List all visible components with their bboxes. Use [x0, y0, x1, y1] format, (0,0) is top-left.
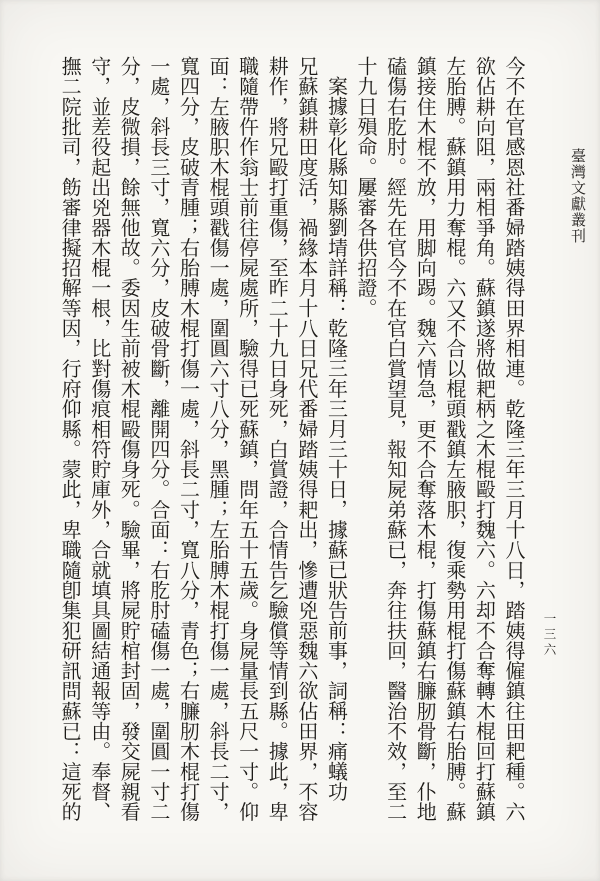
text-column: 一處，斜長三寸，寬六分，皮破骨斷，離開四分。合面：右肐肘磕傷一處，圍圓一寸二	[142, 56, 172, 826]
text-column: 兄蘇鎮耕田度活，禍緣本月十八日兄代番婦踏姨得耙出，慘遭兇惡魏六欲佔田界，不容	[290, 56, 320, 826]
text-column: 撫二院批司，飭審律擬招解等因，行府仰縣。蒙此，卑職隨卽集犯研訊問蘇已：這死的	[54, 56, 84, 826]
text-column: 磕傷右肐肘。經先在官今不在官白賞望見，報知屍弟蘇已，奔往扶回，醫治不效，至二	[379, 56, 409, 826]
text-column: 左胎膊。蘇鎮用力奪棍。六又不合以棍頭戳鎮左腋胑，復乘勢用棍打傷蘇鎮右胎膊。蘇	[438, 56, 468, 826]
text-column: 守，並差役起出兇器木棍一根，比對傷痕相符貯庫外，合就填具圖結通報等由。奉督、	[83, 56, 113, 826]
text-column: 欲佔耕向阻，兩相爭角。蘇鎮遂將做耙柄之木棍毆打魏六。六却不合奪轉木棍回打蘇鎮	[468, 56, 498, 826]
text-block: 今不在官感恩社番婦踏姨得田界相連。乾隆三年三月十八日，踏姨得僱鎮往田耙種。六 欲…	[54, 56, 528, 826]
page-number: 一三六	[540, 612, 558, 659]
scanned-document-page: 臺灣文獻叢刊 一三六 今不在官感恩社番婦踏姨得田界相連。乾隆三年三月十八日，踏姨…	[0, 0, 600, 881]
text-column: 案據彰化縣知縣劉埥詳稱：乾隆三年三月三十日，據蘇已狀告前事，詞稱：痛蟻功	[320, 56, 350, 826]
text-column: 分，皮微損，餘無他故。委因生前被木棍毆傷身死。驗畢，將屍貯棺封固，發交屍親看	[113, 56, 143, 826]
text-column: 耕作，將兄毆打重傷，至昨二十九日身死，白賞證，合情告乞驗償等情到縣。據此，卑	[261, 56, 291, 826]
text-column: 寬四分，皮破青腫；右胎膊木棍打傷一處，斜長二寸，寬八分，青色；右臁肕木棍打傷	[172, 56, 202, 826]
text-column: 職隨帶仵作翁士前往停屍處所，驗得已死蘇鎮，問年五十五歲。身屍量長五尺一寸。仰	[231, 56, 261, 826]
text-column: 今不在官感恩社番婦踏姨得田界相連。乾隆三年三月十八日，踏姨得僱鎮往田耙種。六	[497, 56, 527, 826]
text-column: 面：左腋胑木棍頭戳傷一處，圍圓六寸八分，黑腫；左胎膊木棍打傷一處，斜長二寸，	[201, 56, 231, 826]
text-column: 十九日殞命。屢審各供招證。	[349, 56, 379, 826]
series-title: 臺灣文獻叢刊	[567, 148, 588, 244]
text-column: 鎮接住木棍不放，用脚向踢。魏六情急，更不合奪落木棍，打傷蘇鎮右臁肕骨斷，仆地	[409, 56, 439, 826]
